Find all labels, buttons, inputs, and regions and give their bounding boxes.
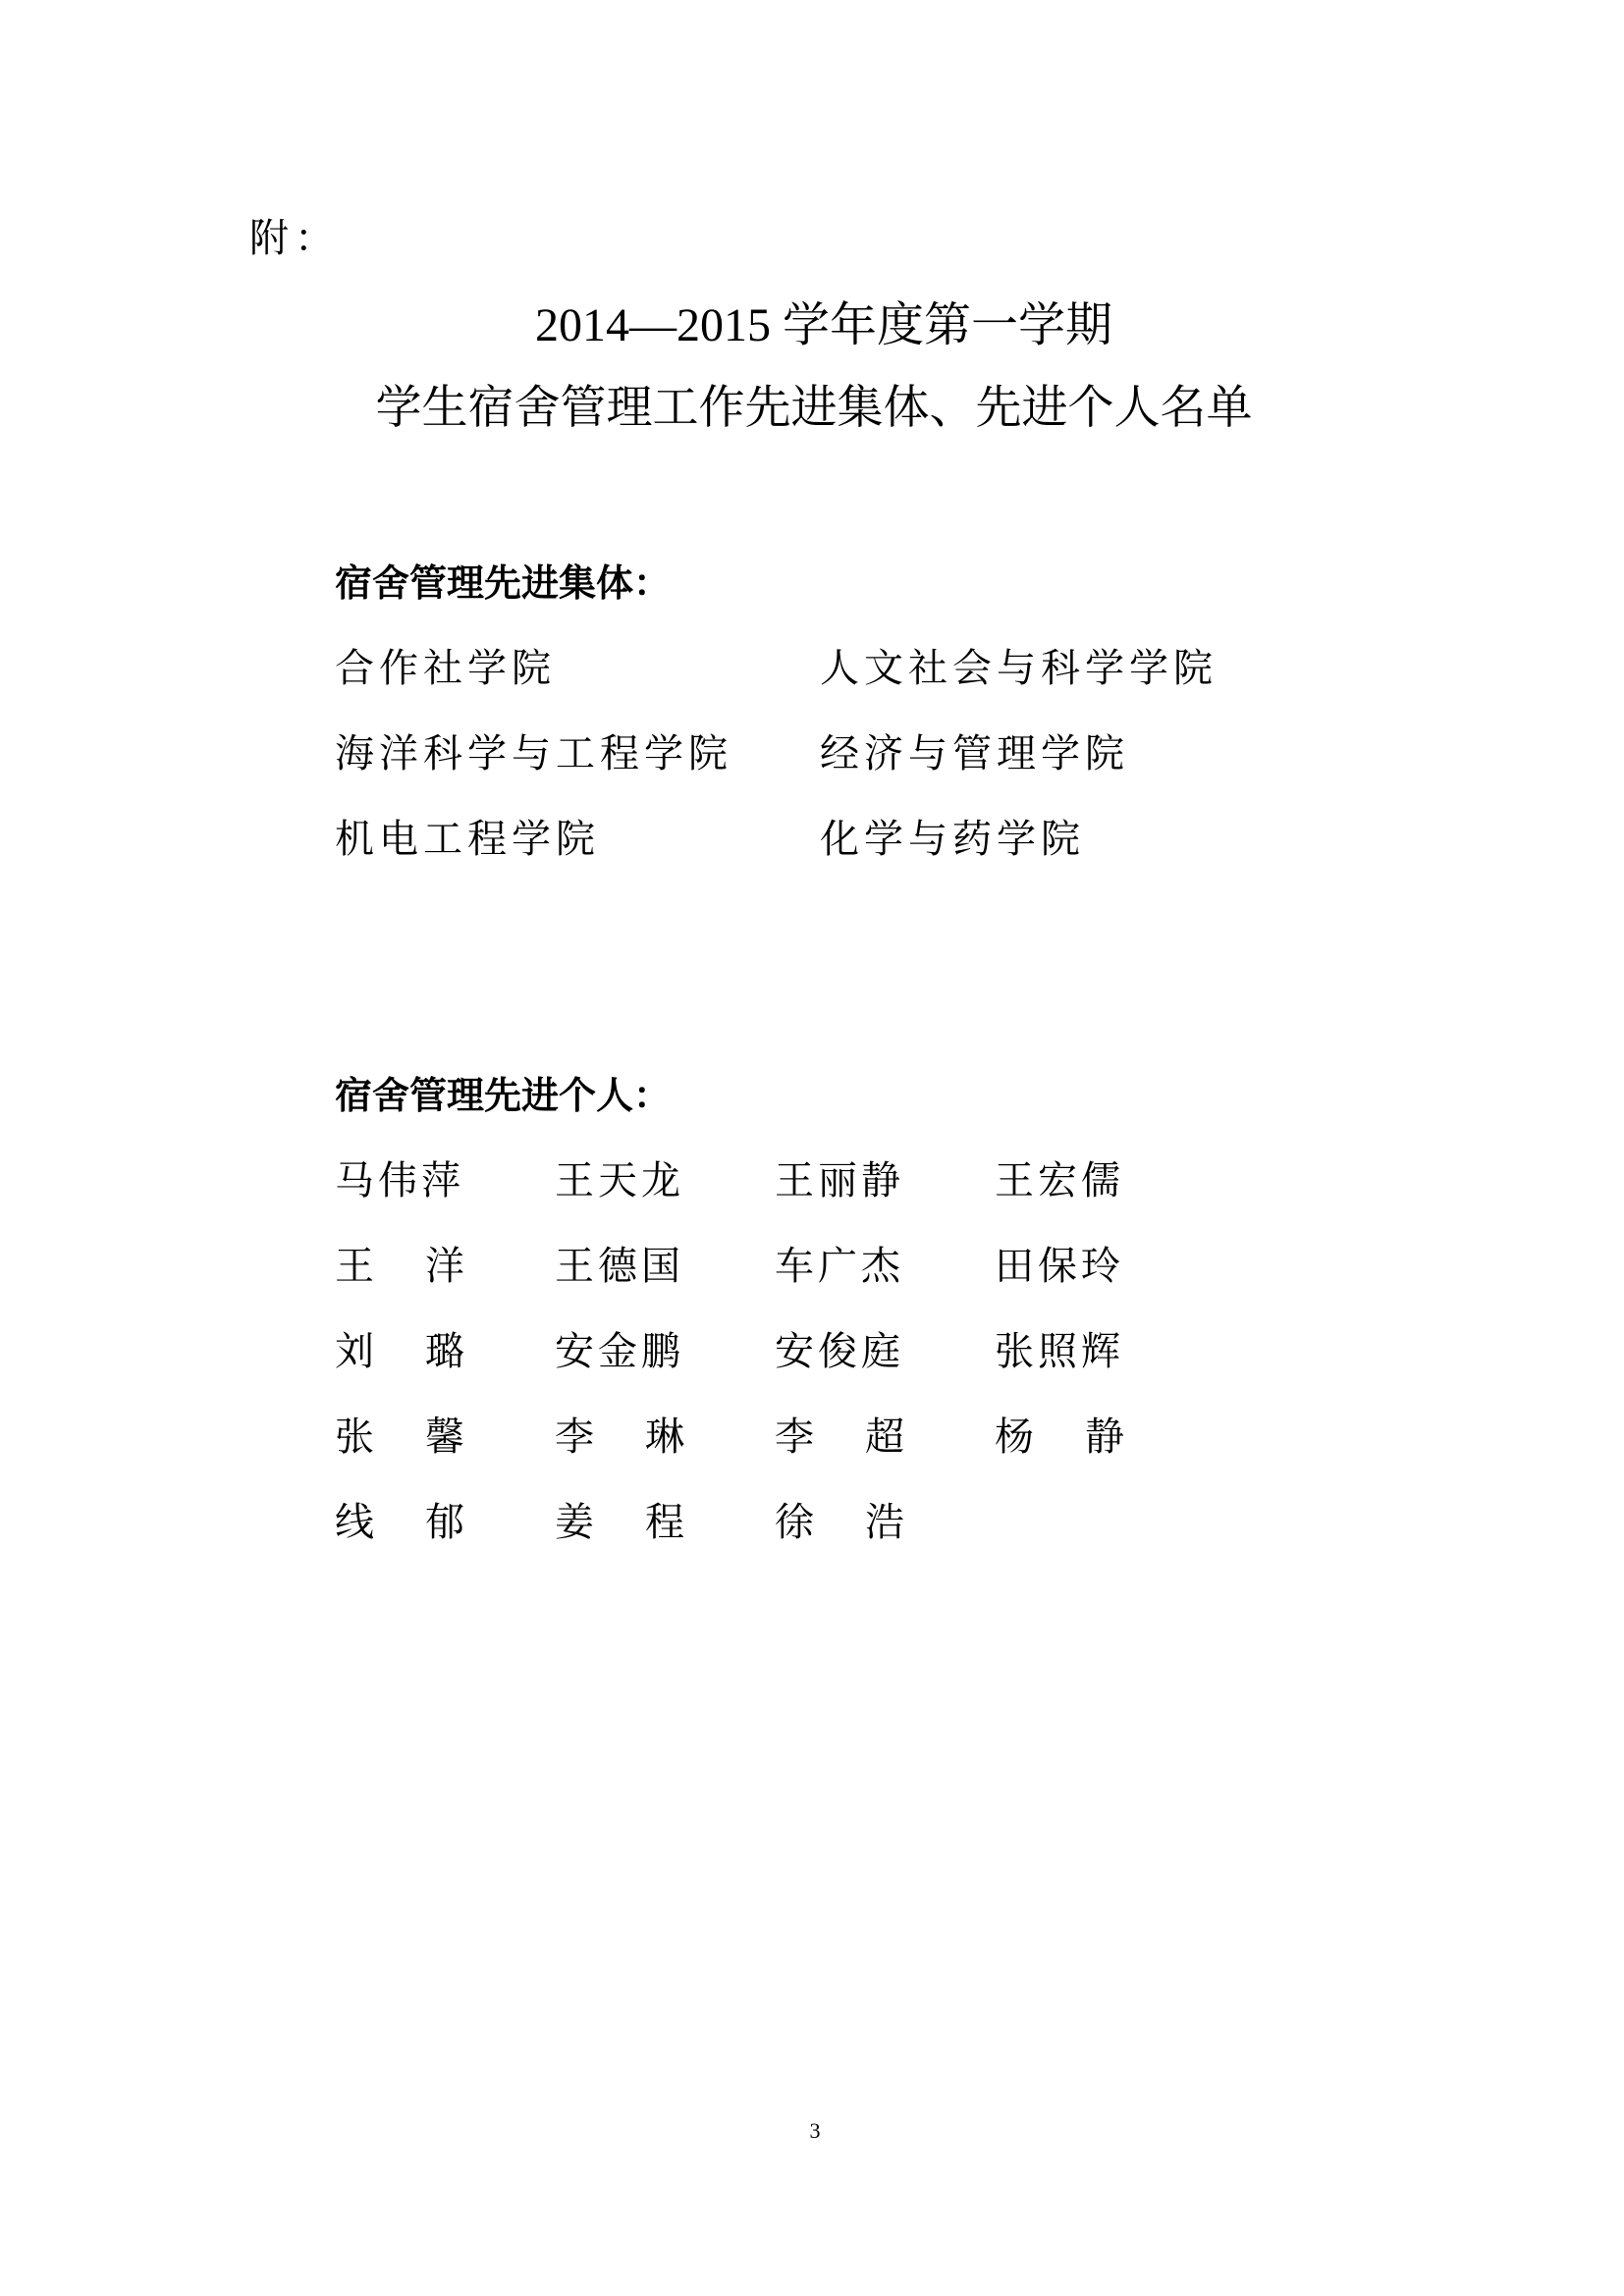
page-number: 3	[0, 2117, 1624, 2145]
individuals-row: 王洋 王德国 车广杰 田保玲	[335, 1242, 1218, 1327]
collective-item: 海洋科学与工程学院	[335, 729, 732, 778]
person-name: 王丽静	[775, 1156, 904, 1205]
person-name: 王宏儒	[995, 1156, 1124, 1205]
person-name: 张馨	[335, 1413, 464, 1462]
person-name: 线郁	[335, 1498, 464, 1547]
person-name: 杨静	[995, 1413, 1124, 1462]
collectives-heading: 宿舍管理先进集体：	[335, 560, 671, 607]
document-page: 附： 2014—2015 学年度第一学期 学生宿舍管理工作先进集体、先进个人名单…	[0, 0, 1624, 2296]
document-title-line-1: 2014—2015 学年度第一学期	[12, 296, 1624, 355]
collectives-row: 合作社学院 人文社会与科学学院	[335, 644, 1317, 729]
individuals-row: 线郁 姜程 徐浩	[335, 1498, 1218, 1583]
person-name: 马伟萍	[335, 1156, 464, 1205]
person-name: 车广杰	[775, 1242, 904, 1291]
person-name: 安俊庭	[775, 1327, 904, 1376]
attachment-label: 附：	[249, 214, 340, 263]
document-title-line-2: 学生宿舍管理工作先进集体、先进个人名单	[2, 379, 1624, 438]
individuals-row: 马伟萍 王天龙 王丽静 王宏儒	[335, 1156, 1218, 1242]
collective-item: 机电工程学院	[335, 815, 600, 864]
individuals-row: 刘璐 安金鹏 安俊庭 张照辉	[335, 1327, 1218, 1413]
collectives-row: 海洋科学与工程学院 经济与管理学院	[335, 729, 1317, 815]
collective-item: 人文社会与科学学院	[820, 644, 1218, 693]
person-name: 李琳	[555, 1413, 684, 1462]
person-name: 姜程	[555, 1498, 684, 1547]
person-name: 王天龙	[555, 1156, 684, 1205]
collective-item: 合作社学院	[335, 644, 556, 693]
collective-item: 经济与管理学院	[820, 729, 1129, 778]
person-name: 田保玲	[995, 1242, 1124, 1291]
person-name: 安金鹏	[555, 1327, 684, 1376]
collectives-list: 合作社学院 人文社会与科学学院 海洋科学与工程学院 经济与管理学院 机电工程学院…	[335, 644, 1317, 900]
person-name: 张照辉	[995, 1327, 1124, 1376]
individuals-heading: 宿舍管理先进个人：	[335, 1072, 671, 1119]
person-name: 王德国	[555, 1242, 684, 1291]
collectives-row: 机电工程学院 化学与药学院	[335, 815, 1317, 900]
collective-item: 化学与药学院	[820, 815, 1085, 864]
individuals-row: 张馨 李琳 李超 杨静	[335, 1413, 1218, 1498]
person-name: 刘璐	[335, 1327, 464, 1376]
individuals-list: 马伟萍 王天龙 王丽静 王宏儒 王洋 王德国 车广杰 田保玲 刘璐 安金鹏 安俊…	[335, 1156, 1218, 1583]
person-name: 徐浩	[775, 1498, 904, 1547]
person-name: 王洋	[335, 1242, 464, 1291]
person-name: 李超	[775, 1413, 904, 1462]
